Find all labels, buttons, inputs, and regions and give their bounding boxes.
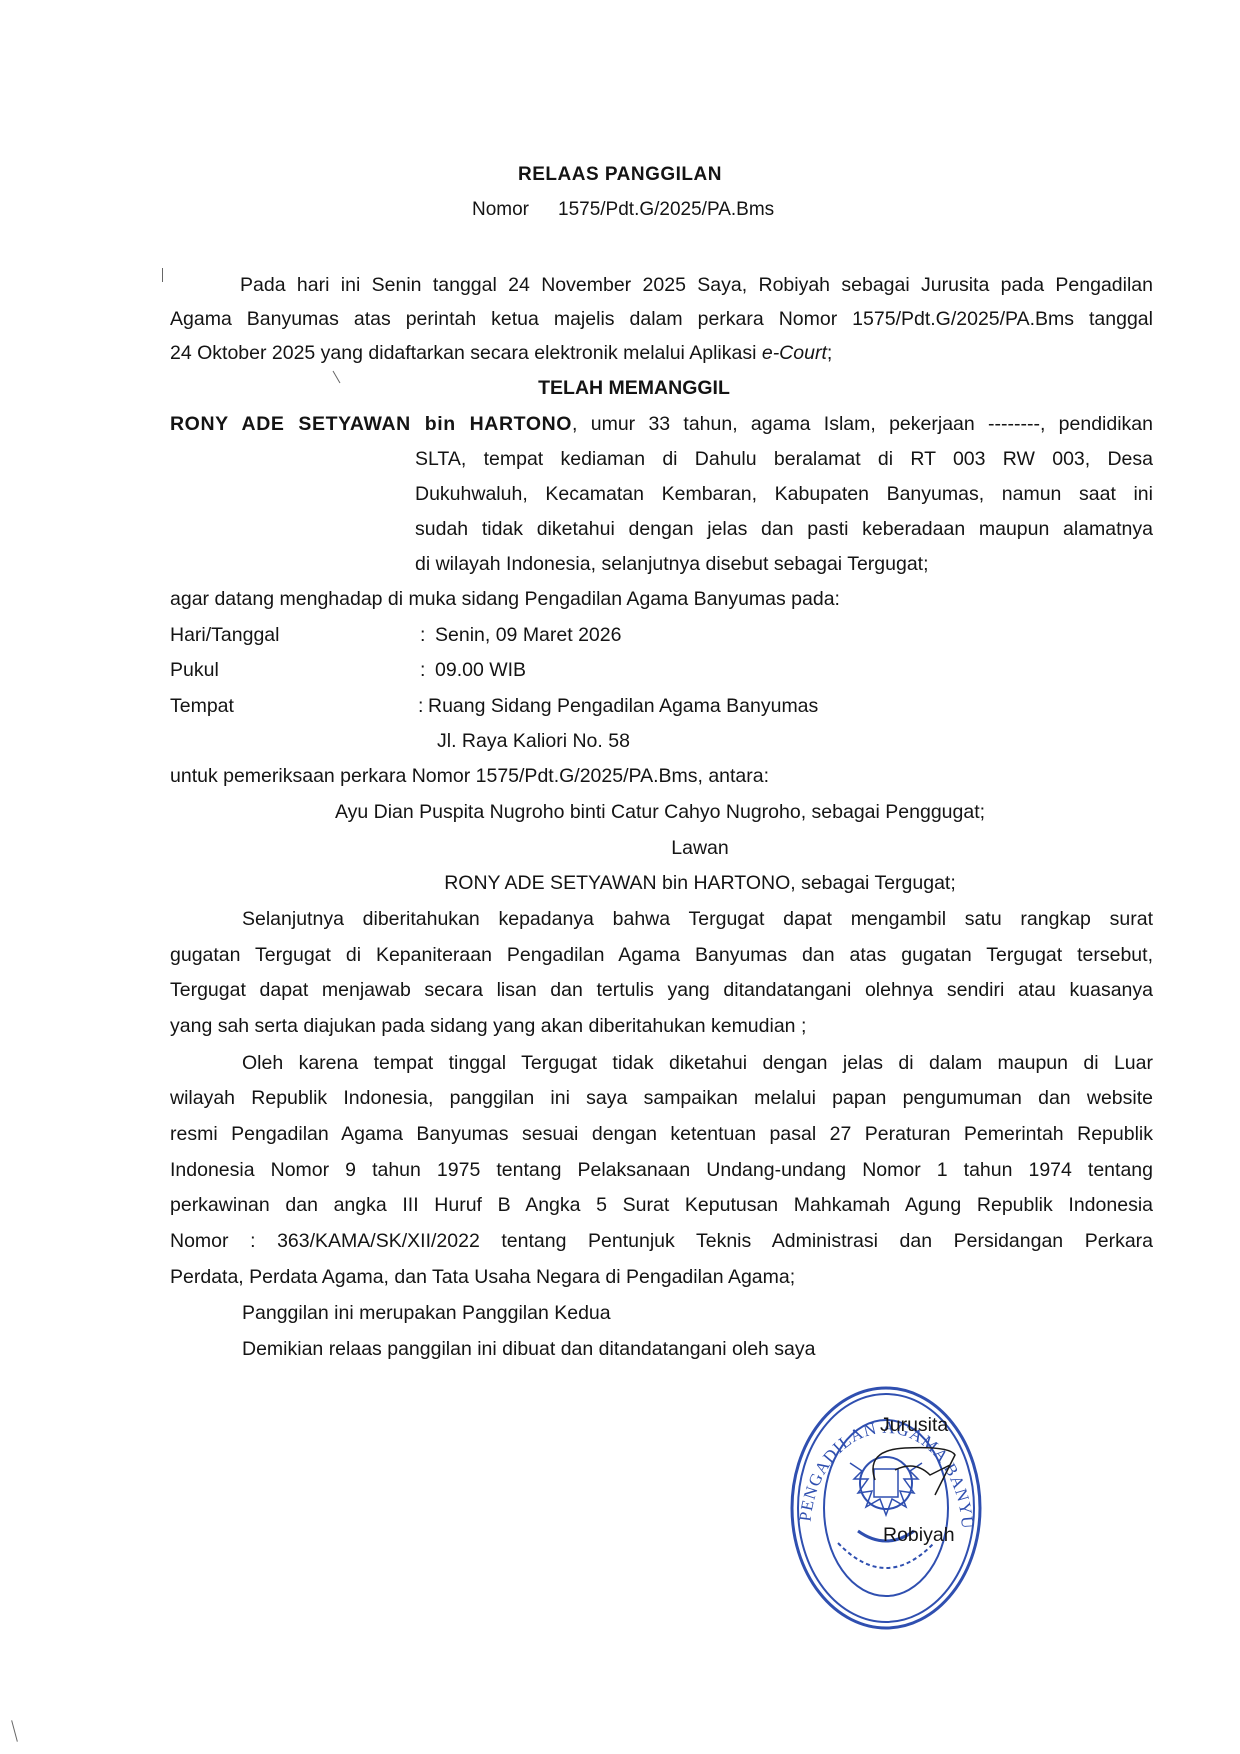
publication-line-4: Indonesia Nomor 9 tahun 1975 tentang Pel… [170,1158,1153,1182]
hearing-time-label: Pukul [170,658,219,682]
defendant-line-5: di wilayah Indonesia, selanjutnya disebu… [415,552,929,576]
defendant-line-1: RONY ADE SETYAWAN bin HARTONO, umur 33 t… [170,412,1153,436]
case-intro: untuk pemeriksaan perkara Nomor 1575/Pdt… [170,764,769,788]
publication-line-3: resmi Pengadilan Agama Banyumas sesuai d… [170,1122,1153,1146]
case-number-label: Nomor [472,198,529,222]
versus-label: Lawan [0,836,1240,860]
publication-line-6: Nomor : 363/KAMA/SK/XII/2022 tentang Pen… [170,1229,1153,1253]
defendant-line-2: SLTA, tempat kediaman di Dahulu beralama… [415,447,1153,471]
case-number-value: 1575/Pdt.G/2025/PA.Bms [558,198,774,222]
defendant-line-3: Dukuhwaluh, Kecamatan Kembaran, Kabupate… [415,482,1153,506]
document-title: RELAAS PANGGILAN [0,163,1240,187]
closing-line-2: Demikian relaas panggilan ini dibuat dan… [242,1337,816,1361]
hearing-time-sep: : [420,658,425,682]
opening-line-1: Pada hari ini Senin tanggal 24 November … [240,273,1153,297]
hearing-date-label: Hari/Tanggal [170,623,279,647]
hearing-place-label: Tempat [170,694,234,718]
hearing-address: Jl. Raya Kaliori No. 58 [437,729,630,753]
hearing-date-value: Senin, 09 Maret 2026 [435,623,621,647]
notice-line-3: Tergugat dapat menjawab secara lisan dan… [170,978,1153,1002]
publication-line-2: wilayah Republik Indonesia, panggilan in… [170,1086,1153,1110]
defendant-party-line: RONY ADE SETYAWAN bin HARTONO, sebagai T… [0,871,1240,895]
scan-artifact [11,1720,18,1742]
opening-line-2: Agama Banyumas atas perintah ketua majel… [170,307,1153,331]
hearing-time-value: 09.00 WIB [435,658,526,682]
opening-line-3: 24 Oktober 2025 yang didaftarkan secara … [170,341,832,365]
plaintiff-line: Ayu Dian Puspita Nugroho binti Catur Cah… [0,800,1240,824]
publication-line-7: Perdata, Perdata Agama, dan Tata Usaha N… [170,1265,795,1289]
summoned-heading: TELAH MEMANGGIL [0,376,1240,400]
hearing-place-sep: : [418,694,423,718]
closing-line-1: Panggilan ini merupakan Panggilan Kedua [242,1301,611,1325]
hearing-intro: agar datang menghadap di muka sidang Pen… [170,587,840,611]
defendant-name: RONY ADE SETYAWAN bin HARTONO [170,413,572,435]
signer-role: Jurusita [880,1414,948,1437]
hearing-place-value: Ruang Sidang Pengadilan Agama Banyumas [428,694,818,718]
notice-line-4: yang sah serta diajukan pada sidang yang… [170,1014,806,1038]
notice-line-2: gugatan Tergugat di Kepaniteraan Pengadi… [170,943,1153,967]
signer-name: Robiyah [883,1524,955,1547]
signature-icon [855,1440,975,1510]
publication-line-5: perkawinan dan angka III Huruf B Angka 5… [170,1193,1153,1217]
ecourt-label: e-Court [762,342,827,364]
hearing-date-sep: : [420,623,425,647]
document-page: RELAAS PANGGILAN Nomor 1575/Pdt.G/2025/P… [0,0,1240,1754]
scan-artifact [162,268,163,282]
notice-line-1: Selanjutnya diberitahukan kepadanya bahw… [242,907,1153,931]
publication-line-1: Oleh karena tempat tinggal Tergugat tida… [242,1051,1153,1075]
defendant-line-4: sudah tidak diketahui dengan jelas dan p… [415,517,1153,541]
